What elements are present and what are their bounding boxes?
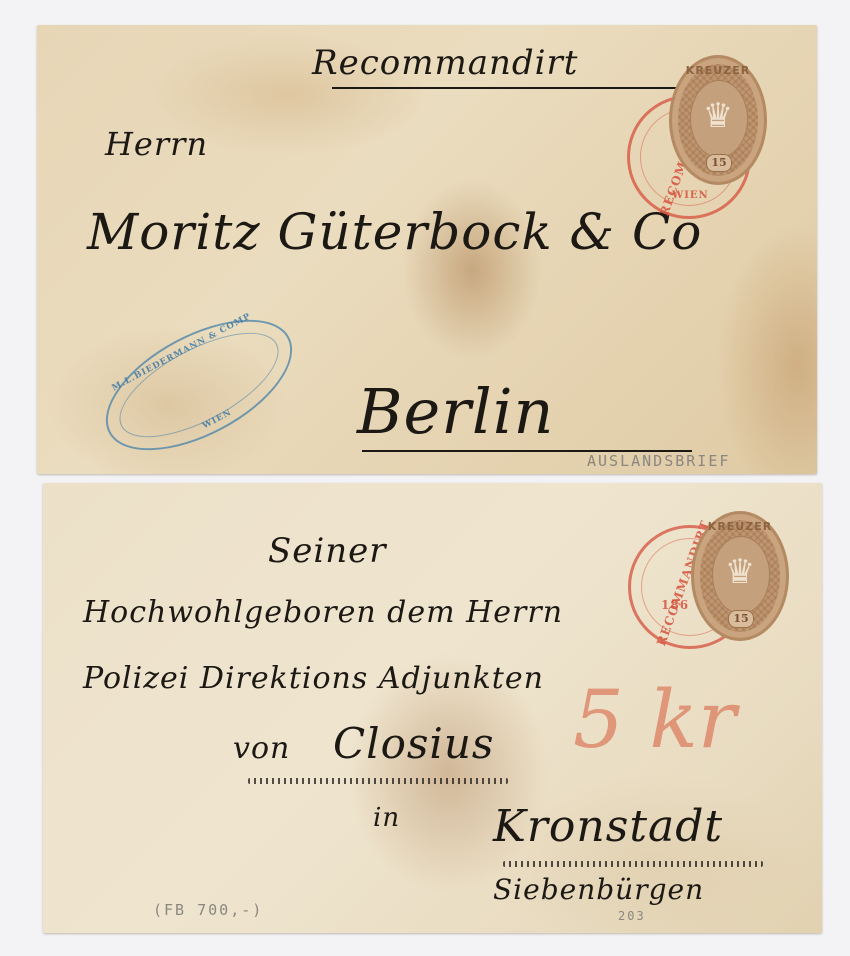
cachet-inner-ring	[104, 312, 293, 458]
registration-note: Recommandirt	[312, 43, 578, 83]
salutation: Herrn	[105, 125, 208, 163]
imprinted-stamp: KREUZER ♛ 15	[669, 55, 767, 185]
double-eagle-icon: ♛	[702, 92, 734, 140]
pencil-note-auslandsbrief: AUSLANDSBRIEF	[587, 452, 730, 470]
city-wavy-underline	[503, 861, 763, 867]
destination-city: Kronstadt	[493, 801, 723, 852]
red-crayon-marking: 5 kr	[573, 673, 736, 766]
address-line-1: Hochwohlgeboren dem Herrn	[83, 595, 563, 630]
destination-city: Berlin	[357, 375, 554, 448]
sender-cachet-stamp: M.L.BIEDERMANN & COMP WIEN	[85, 293, 312, 474]
envelope-bottom: Seiner Hochwohlgeboren dem Herrn Polizei…	[43, 483, 822, 933]
address-line-4: in	[373, 803, 400, 833]
address-line-3-prefix: von	[233, 731, 290, 766]
address-line-2: Polizei Direktions Adjunkten	[83, 661, 544, 696]
destination-region: Siebenbürgen	[493, 873, 704, 906]
address-line-3-name: Closius	[333, 719, 494, 768]
postmark-bottom-text: WIEN	[672, 190, 709, 201]
name-wavy-underline	[248, 778, 508, 784]
registration-underline	[332, 87, 712, 89]
stamp-value: 15	[706, 154, 732, 172]
pencil-note-catalogue: (FB 700,-)	[153, 901, 263, 919]
imprinted-stamp: KREUZER ♛ 15	[691, 511, 789, 641]
double-eagle-icon: ♛	[724, 548, 756, 596]
pencil-note-number: 203	[618, 909, 646, 923]
salutation: Seiner	[268, 531, 387, 571]
stamp-value: 15	[728, 610, 754, 628]
stamp-legend: KREUZER	[672, 64, 764, 77]
postmark-year: 186	[661, 598, 689, 612]
envelope-top: Recommandirt Herrn Moritz Güterbock & Co…	[37, 25, 817, 474]
stamp-legend: KREUZER	[694, 520, 786, 533]
addressee-name: Moritz Güterbock & Co	[87, 203, 702, 261]
